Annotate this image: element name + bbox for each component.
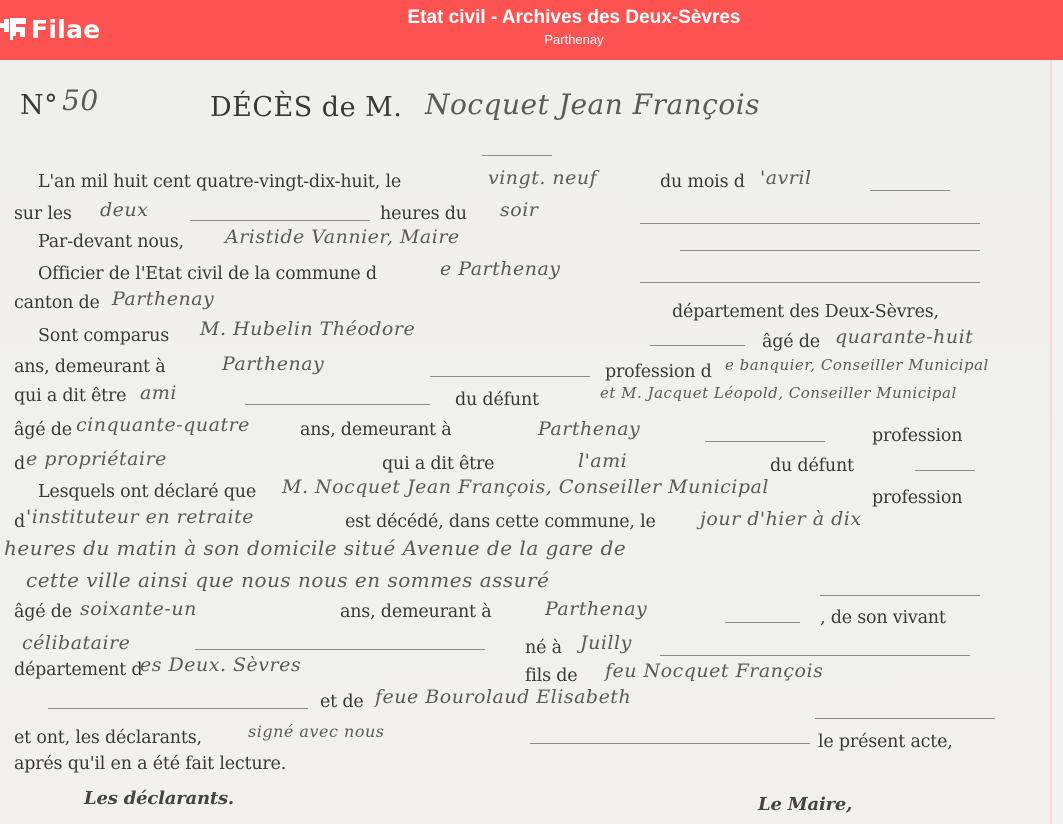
handwritten-father: feu Nocquet François	[605, 660, 823, 682]
record-number-value: 50	[62, 84, 99, 117]
handwritten-marital-status: célibataire	[22, 632, 130, 654]
text-line-11b: profession	[872, 488, 962, 508]
text-line-11: Lesquels ont déclaré que	[38, 482, 256, 502]
text-line-7b: profession d	[605, 362, 712, 382]
handwritten-relation-2: l'ami	[578, 450, 627, 472]
handwritten-officer: Aristide Vannier, Maire	[225, 226, 460, 248]
title-block: Etat civil - Archives des Deux-Sèvres Pa…	[374, 6, 774, 49]
text-line-15c: , de son vivant	[820, 608, 946, 628]
handwritten-date-of-death: jour d'hier à dix	[700, 508, 862, 530]
text-line-17b: fils de	[525, 666, 577, 686]
handwritten-witness-2-residence: Parthenay	[538, 418, 640, 440]
handwritten-mother: feue Bourolaud Elisabeth	[375, 686, 631, 708]
page-edge-scrollbar[interactable]	[1050, 60, 1063, 824]
text-line-7: ans, demeurant à	[14, 357, 166, 377]
handwritten-witness-1-profession: e banquier, Conseiller Municipal	[725, 356, 989, 374]
text-line-18: et de	[320, 692, 364, 712]
text-line-15: âgé de	[14, 602, 72, 622]
text-line-3: Par-devant nous,	[38, 232, 184, 252]
text-line-6b: âgé de	[762, 332, 820, 352]
scanned-death-record: N° 50 DÉCÈS de M. Nocquet Jean François …	[0, 60, 1050, 824]
handwritten-month: 'avril	[760, 167, 812, 189]
handwritten-department: es Deux. Sèvres	[140, 654, 301, 676]
record-number-label: N°	[20, 90, 58, 121]
text-line-8b: du défunt	[455, 390, 539, 410]
handwritten-witness-2-profession: e propriétaire	[26, 448, 167, 470]
logo-text: Filae	[31, 15, 101, 44]
text-line-6: Sont comparus	[38, 326, 169, 346]
text-line-19b: le présent acte,	[818, 732, 953, 752]
handwritten-verification: cette ville ainsi que nous nous en somme…	[26, 568, 549, 592]
text-line-5: canton de	[14, 293, 100, 313]
filae-logo[interactable]: Filae	[0, 12, 101, 46]
handwritten-deceased: M. Nocquet Jean François, Conseiller Mun…	[282, 476, 769, 498]
handwritten-deceased-age: soixante-un	[80, 598, 197, 620]
mayor-label: Le Maire,	[758, 794, 852, 815]
handwritten-deceased-profession: 'instituteur en retraite	[26, 506, 254, 528]
text-line-9b: ans, demeurant à	[300, 420, 452, 440]
handwritten-commune: e Parthenay	[440, 258, 561, 280]
text-line-1: L'an mil huit cent quatre-vingt-dix-huit…	[38, 172, 401, 192]
text-line-12: d	[14, 512, 25, 532]
text-line-10c: du défunt	[770, 456, 854, 476]
handwritten-signature-note: signé avec nous	[248, 722, 384, 741]
text-line-9c: profession	[872, 426, 962, 446]
page-subtitle: Parthenay	[374, 31, 774, 49]
handwritten-day: vingt. neuf	[488, 167, 597, 189]
text-line-9: âgé de	[14, 420, 72, 440]
text-line-10: d	[14, 454, 25, 474]
deceased-name: Nocquet Jean François	[425, 88, 760, 121]
text-line-16b: né à	[525, 638, 562, 658]
text-line-5b: département des Deux-Sèvres,	[672, 302, 939, 322]
page-title: Etat civil - Archives des Deux-Sèvres	[374, 6, 774, 30]
top-bar: Filae Etat civil - Archives des Deux-Sèv…	[0, 0, 1063, 60]
handwritten-witness-1-residence: Parthenay	[222, 353, 324, 375]
text-line-12b: est décédé, dans cette commune, le	[345, 512, 656, 532]
handwritten-birthplace: Juilly	[580, 632, 632, 654]
text-line-17: département d	[14, 660, 142, 680]
handwritten-witness-1: M. Hubelin Théodore	[200, 318, 415, 340]
text-line-20: aprés qu'il en a été fait lecture.	[14, 754, 286, 774]
handwritten-canton: Parthenay	[112, 288, 214, 310]
declarants-label: Les déclarants.	[84, 788, 234, 809]
handwritten-place-of-death: heures du matin à son domicile situé Ave…	[4, 536, 626, 560]
handwritten-hour: deux	[100, 199, 148, 221]
handwritten-time-of-day: soir	[500, 199, 538, 221]
handwritten-witness-2: et M. Jacquet Léopold, Conseiller Munici…	[600, 384, 957, 402]
text-line-10b: qui a dit être	[382, 454, 494, 474]
record-heading: DÉCÈS de M.	[210, 92, 402, 123]
text-line-1b: du mois d	[660, 172, 745, 192]
text-line-15b: ans, demeurant à	[340, 602, 492, 622]
text-line-2b: heures du	[380, 204, 467, 224]
handwritten-deceased-residence: Parthenay	[545, 598, 647, 620]
text-line-2: sur les	[14, 204, 72, 224]
text-line-4: Officier de l'Etat civil de la commune d	[38, 264, 377, 284]
handwritten-witness-1-age: quarante-huit	[835, 326, 973, 348]
text-line-19: et ont, les déclarants,	[14, 728, 202, 748]
handwritten-relation-1: ami	[140, 382, 177, 404]
document-viewer[interactable]: N° 50 DÉCÈS de M. Nocquet Jean François …	[0, 60, 1063, 824]
handwritten-witness-2-age: cinquante-quatre	[76, 414, 250, 436]
text-line-8: qui a dit être	[14, 386, 126, 406]
filae-logo-icon	[0, 14, 28, 44]
